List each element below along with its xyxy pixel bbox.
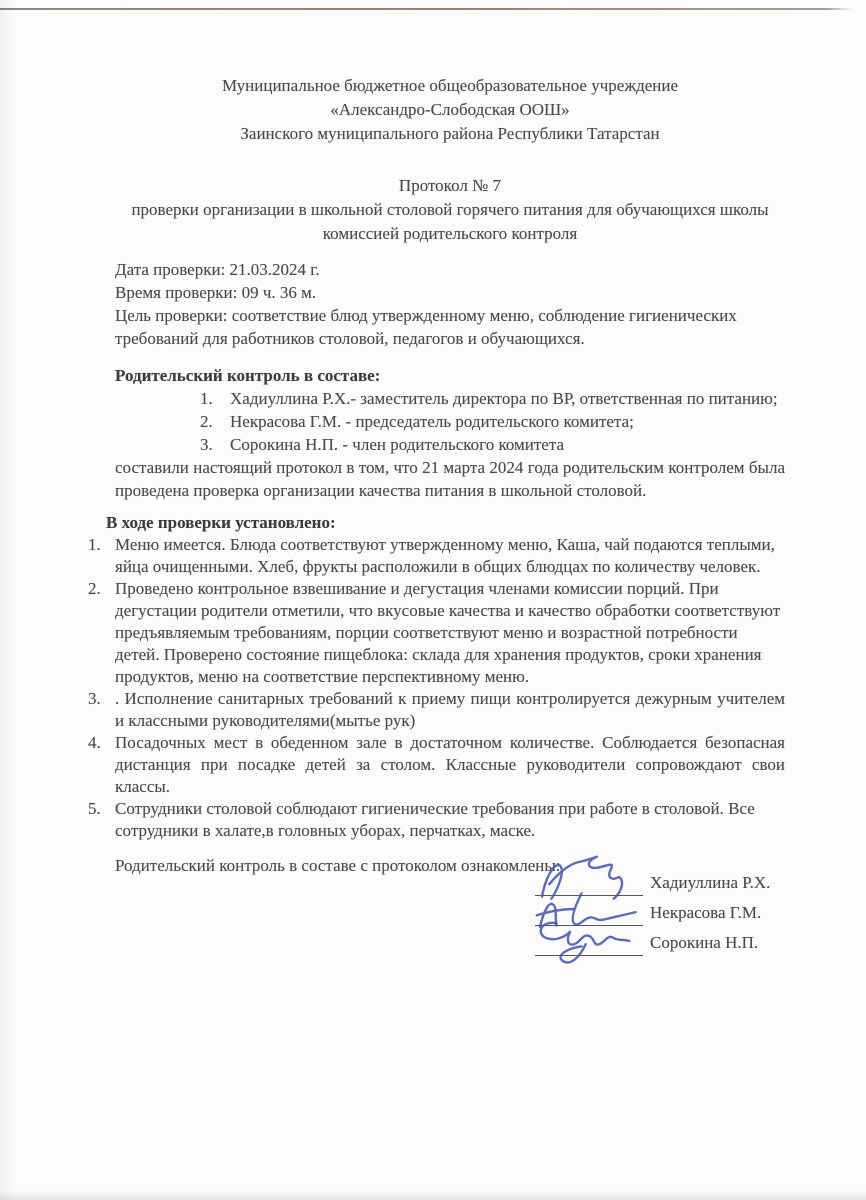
document-subtitle-line2: комиссией родительского контроля xyxy=(115,222,785,246)
committee-member: 1. Хадиуллина Р.Х.- заместитель директор… xyxy=(115,387,785,410)
committee-heading: Родительский контроль в составе: xyxy=(115,364,785,387)
document-title: Протокол № 7 xyxy=(115,174,785,198)
inspection-purpose: Цель проверки: соответствие блюд утвержд… xyxy=(115,304,785,350)
title-block: Протокол № 7 проверки организации в школ… xyxy=(115,174,785,246)
list-number: 2. xyxy=(88,578,115,688)
signature-block: Хадиуллина Р.Х. Некрасова Г.М. Сорокина … xyxy=(115,871,785,961)
committee-member-text: Сорокина Н.П. - член родительского комит… xyxy=(230,433,785,456)
finding-item: 4. Посадочных мест в обеденном зале в до… xyxy=(88,732,785,798)
finding-text: Сотрудники столовой соблюдают гигиеничес… xyxy=(115,798,785,842)
findings-heading: В ходе проверки установлено: xyxy=(106,511,785,534)
list-number: 1. xyxy=(200,387,230,410)
finding-item: 3. . Исполнение санитарных требований к … xyxy=(88,688,785,732)
finding-text: Посадочных мест в обеденном зале в доста… xyxy=(115,732,785,798)
committee-member: 3. Сорокина Н.П. - член родительского ко… xyxy=(115,433,785,456)
finding-text: Меню имеется. Блюда соответствуют утверж… xyxy=(115,534,785,578)
list-number: 5. xyxy=(88,798,115,842)
document-subtitle-line1: проверки организации в школьной столовой… xyxy=(115,198,785,222)
finding-text: Проведено контрольное взвешивание и дегу… xyxy=(115,578,785,688)
list-number: 4. xyxy=(88,732,115,798)
committee-member-list: 1. Хадиуллина Р.Х.- заместитель директор… xyxy=(115,387,785,456)
list-number: 3. xyxy=(88,688,115,732)
inspection-date: Дата проверки: 21.03.2024 г. xyxy=(115,258,785,281)
findings-list: 1. Меню имеется. Блюда соответствуют утв… xyxy=(88,534,785,842)
committee-member-text: Некрасова Г.М. - председатель родительск… xyxy=(230,410,785,433)
document-content: Муниципальное бюджетное общеобразователь… xyxy=(0,0,866,961)
list-number: 1. xyxy=(88,534,115,578)
finding-item: 5. Сотрудники столовой соблюдают гигиени… xyxy=(88,798,785,842)
org-name-line: Муниципальное бюджетное общеобразователь… xyxy=(115,74,785,98)
signatory-name: Сорокина Н.П. xyxy=(650,931,785,954)
handwritten-signature-icon xyxy=(531,913,657,965)
scan-edge-bottom xyxy=(0,1190,866,1200)
signatory-name: Хадиуллина Р.Х. xyxy=(650,871,785,894)
finding-text: . Исполнение санитарных требований к при… xyxy=(115,688,785,732)
signature-row: Хадиуллина Р.Х. xyxy=(115,871,785,901)
protocol-statement: составили настоящий протокол в том, что … xyxy=(115,456,785,502)
finding-item: 2. Проведено контрольное взвешивание и д… xyxy=(88,578,785,688)
committee-member: 2. Некрасова Г.М. - председатель родител… xyxy=(115,410,785,433)
list-number: 2. xyxy=(200,410,230,433)
committee-member-text: Хадиуллина Р.Х.- заместитель директора п… xyxy=(230,387,785,410)
finding-item: 1. Меню имеется. Блюда соответствуют утв… xyxy=(88,534,785,578)
org-school-line: «Александро-Слободская ООШ» xyxy=(115,98,785,122)
inspection-info: Дата проверки: 21.03.2024 г. Время прове… xyxy=(115,258,785,350)
scanned-protocol-page: Муниципальное бюджетное общеобразователь… xyxy=(0,0,866,1200)
signature-row: Некрасова Г.М. xyxy=(115,901,785,931)
signatory-name: Некрасова Г.М. xyxy=(650,901,785,924)
organization-header: Муниципальное бюджетное общеобразователь… xyxy=(115,74,785,146)
org-district-line: Заинского муниципального района Республи… xyxy=(115,122,785,146)
inspection-time: Время проверки: 09 ч. 36 м. xyxy=(115,281,785,304)
signature-row: Сорокина Н.П. xyxy=(115,931,785,961)
list-number: 3. xyxy=(200,433,230,456)
